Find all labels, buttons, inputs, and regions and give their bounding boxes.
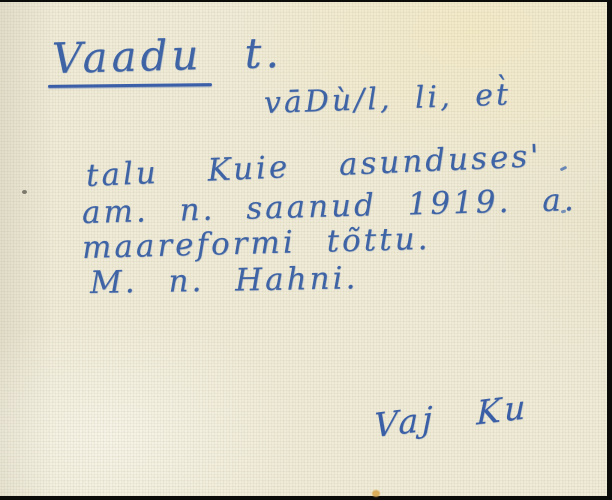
place-type-abbr: t. <box>244 28 284 78</box>
ink-speck <box>560 166 568 172</box>
phonetic-transcription: vāDù/l, li, et̀ <box>263 77 511 121</box>
paper-stain <box>372 490 380 497</box>
index-card: Vaadu t. vāDù/l, li, et̀ talu Kuie asund… <box>0 2 607 496</box>
ink-speck <box>22 190 27 194</box>
note-line-4: M. n. Hahni. <box>90 260 359 301</box>
note-line-3: maareformi tõttu. <box>82 221 431 266</box>
place-name: Vaadu <box>51 30 203 83</box>
collector-signature: Vaj Ku <box>374 387 530 445</box>
card-title: Vaadu t. <box>51 28 283 83</box>
title-underline <box>48 83 212 88</box>
